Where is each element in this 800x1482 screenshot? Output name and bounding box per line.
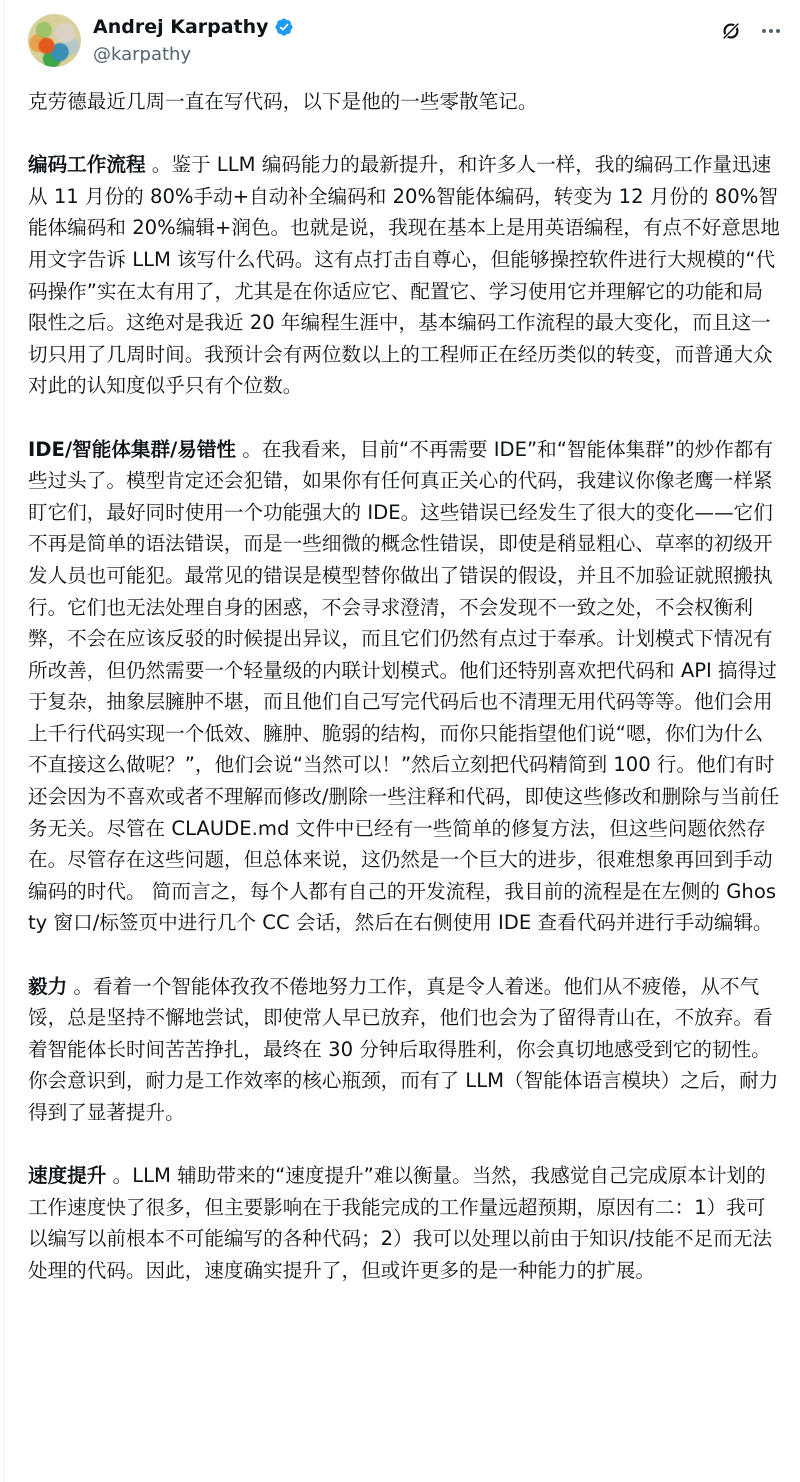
section-text: 。在我看来，目前“不再需要 IDE”和“智能体集群”的炒作都有些过头了。模型肯定… xyxy=(28,438,779,935)
section-heading: IDE/智能体集群/易错性 xyxy=(28,438,236,461)
section-tenacity: 毅力 。看着一个智能体孜孜不倦地努力工作，真是令人着迷。他们从不疲倦，从不气馁，… xyxy=(28,971,780,1129)
section-text: 。鉴于 LLM 编码能力的最新提升，和许多人一样，我的编码工作量迅速从 11 月… xyxy=(28,153,780,397)
section-text: 。看着一个智能体孜孜不倦地努力工作，真是令人着迷。他们从不疲倦，从不气馁，总是坚… xyxy=(28,975,778,1124)
author-name-row: Andrej Karpathy xyxy=(93,16,294,38)
tweet-intro: 克劳德最近几周一直在写代码，以下是他的一些零散笔记。 xyxy=(28,86,780,118)
section-coding-workflow: 编码工作流程 。鉴于 LLM 编码能力的最新提升，和许多人一样，我的编码工作量迅… xyxy=(28,149,780,402)
verified-badge-icon xyxy=(274,17,294,37)
avatar[interactable] xyxy=(28,14,81,67)
section-heading: 速度提升 xyxy=(28,1164,106,1187)
tweet-header: Andrej Karpathy @karpathy xyxy=(28,14,780,70)
tweet-body: 克劳德最近几周一直在写代码，以下是他的一些零散笔记。 编码工作流程 。鉴于 LL… xyxy=(28,86,780,1318)
left-divider xyxy=(3,0,4,1482)
section-heading: 毅力 xyxy=(28,975,67,998)
more-options-icon[interactable] xyxy=(762,20,780,42)
grok-icon[interactable] xyxy=(720,20,742,42)
author-handle[interactable]: @karpathy xyxy=(93,44,191,65)
author-display-name[interactable]: Andrej Karpathy xyxy=(93,16,269,38)
tweet-actions xyxy=(720,20,780,42)
section-text: 。LLM 辅助带来的“速度提升”难以衡量。当然，我感觉自己完成原本计划的工作速度… xyxy=(28,1164,772,1282)
section-speedup: 速度提升 。LLM 辅助带来的“速度提升”难以衡量。当然，我感觉自己完成原本计划… xyxy=(28,1160,780,1286)
section-heading: 编码工作流程 xyxy=(28,153,146,176)
section-ide-agents: IDE/智能体集群/易错性 。在我看来，目前“不再需要 IDE”和“智能体集群”… xyxy=(28,434,780,940)
